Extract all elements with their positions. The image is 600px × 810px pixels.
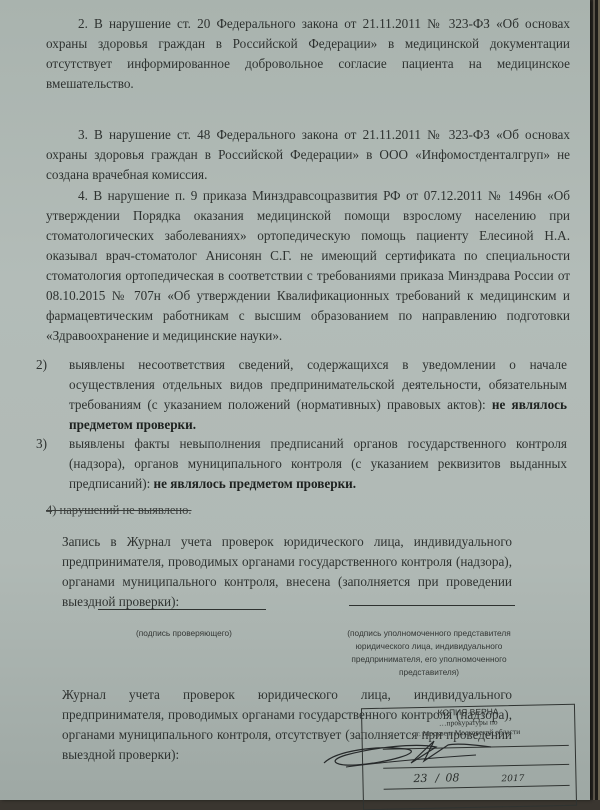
stamp-date-day: 23	[413, 772, 427, 785]
document-page: 2. В нарушение ст. 20 Федерального закон…	[0, 0, 590, 800]
stamp-date-year: 2017	[501, 774, 524, 784]
handwritten-signature-icon	[316, 733, 506, 773]
violation-paragraph-4: 4. В нарушение п. 9 приказа Минздравсоцр…	[46, 186, 570, 346]
representative-signature-caption: (подпись уполномоченного представителя ю…	[335, 627, 523, 679]
finding-item-2-marker: 2)	[36, 355, 47, 375]
inspector-signature-caption: (подпись проверяющего)	[100, 627, 268, 640]
violation-paragraph-3: 3. В нарушение ст. 48 Федерального закон…	[46, 125, 570, 185]
stamp-date-month: 08	[445, 771, 459, 784]
finding-item-3: 3) выявлены факты невыполнения предписан…	[36, 434, 567, 494]
representative-signature-line	[349, 605, 515, 606]
stamp-date-slash: /	[435, 772, 439, 785]
journal-entry-paragraph: Запись в Журнал учета проверок юридическ…	[62, 532, 512, 612]
finding-item-3-marker: 3)	[36, 434, 47, 454]
stamp-date-line	[384, 785, 570, 790]
struck-item-4: 4) нарушений не выявлено.	[46, 503, 191, 518]
violation-paragraph-2: 2. В нарушение ст. 20 Федерального закон…	[46, 14, 570, 94]
inspector-signature-line	[98, 609, 266, 610]
finding-item-3-result: не являлось предметом проверки.	[154, 476, 357, 491]
finding-item-2: 2) выявлены несоответствия сведений, сод…	[36, 355, 567, 435]
